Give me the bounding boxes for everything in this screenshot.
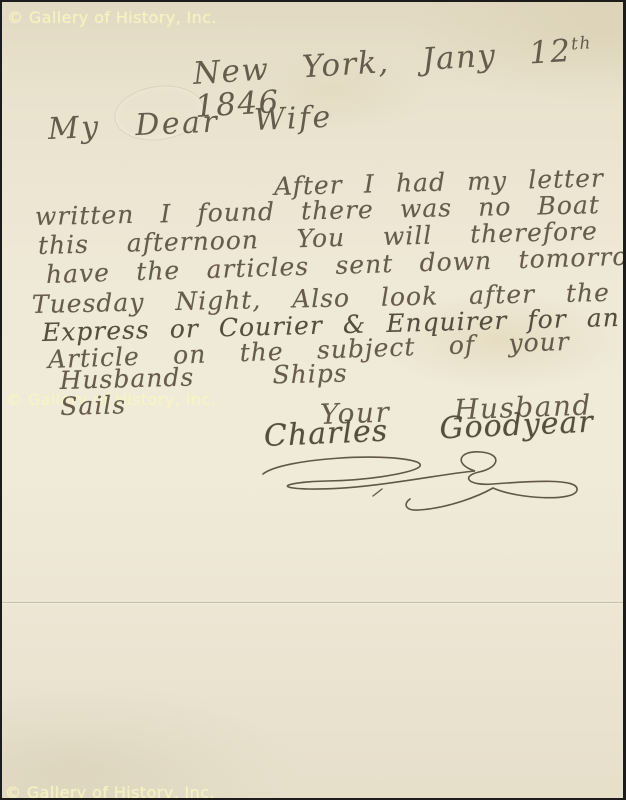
salutation: My Dear Wife (47, 102, 333, 146)
dateline-place-month: New York, Jany 12 (192, 33, 573, 92)
scanned-letter-image: © Gallery of History, Inc. © Gallery of … (0, 0, 626, 800)
signature-flourish (257, 444, 587, 514)
body-line: Husbands Ships Sails (59, 360, 348, 420)
dateline-ordinal: th (570, 33, 592, 54)
letter-paper: © Gallery of History, Inc. © Gallery of … (2, 2, 623, 798)
fold-crease (2, 602, 623, 603)
watermark-bottom: © Gallery of History, Inc. (5, 783, 215, 798)
watermark-top: © Gallery of History, Inc. (7, 8, 217, 27)
